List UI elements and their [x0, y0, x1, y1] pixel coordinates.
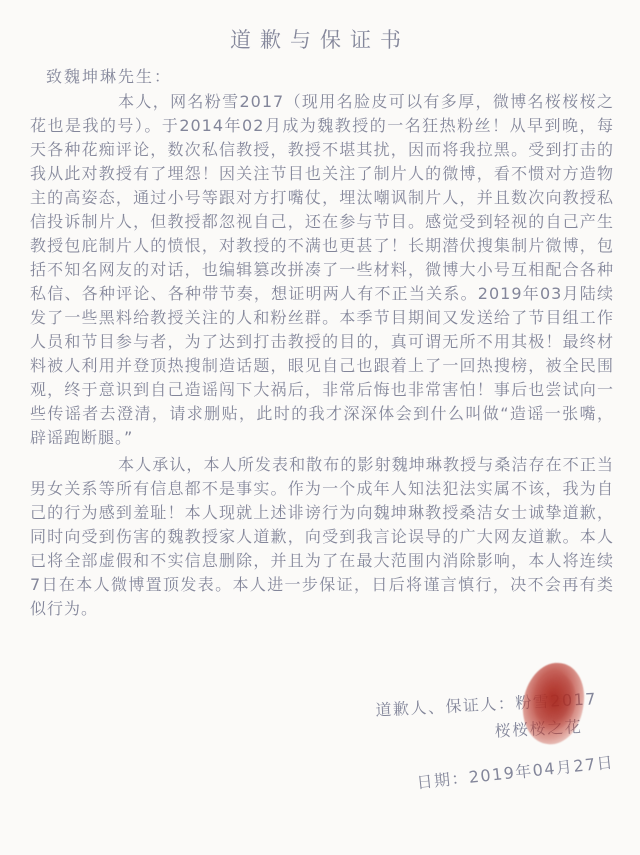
- letter-title: 道歉与保证书: [0, 24, 640, 54]
- letter-page: 道歉与保证书 致魏坤琳先生： 本人，网名粉雪2017（现用名脸皮可以有多厚，微博…: [0, 0, 640, 855]
- body-paragraph-2: 本人承认，本人所发表和散布的影射魏坤琳教授与桑洁存在不正当男女关系等所有信息都不…: [30, 453, 614, 621]
- signature-label: 道歉人、保证人：: [375, 694, 516, 720]
- body-paragraph-1: 本人，网名粉雪2017（现用名脸皮可以有多厚，微博名桜桜桜之花也是我的号）。于2…: [30, 90, 614, 450]
- signature-block: 道歉人、保证人：粉雪2017 桜桜桜之花: [375, 686, 599, 748]
- date-line: 日期：2019年04月27日: [415, 750, 615, 794]
- salutation: 致魏坤琳先生：: [46, 64, 640, 87]
